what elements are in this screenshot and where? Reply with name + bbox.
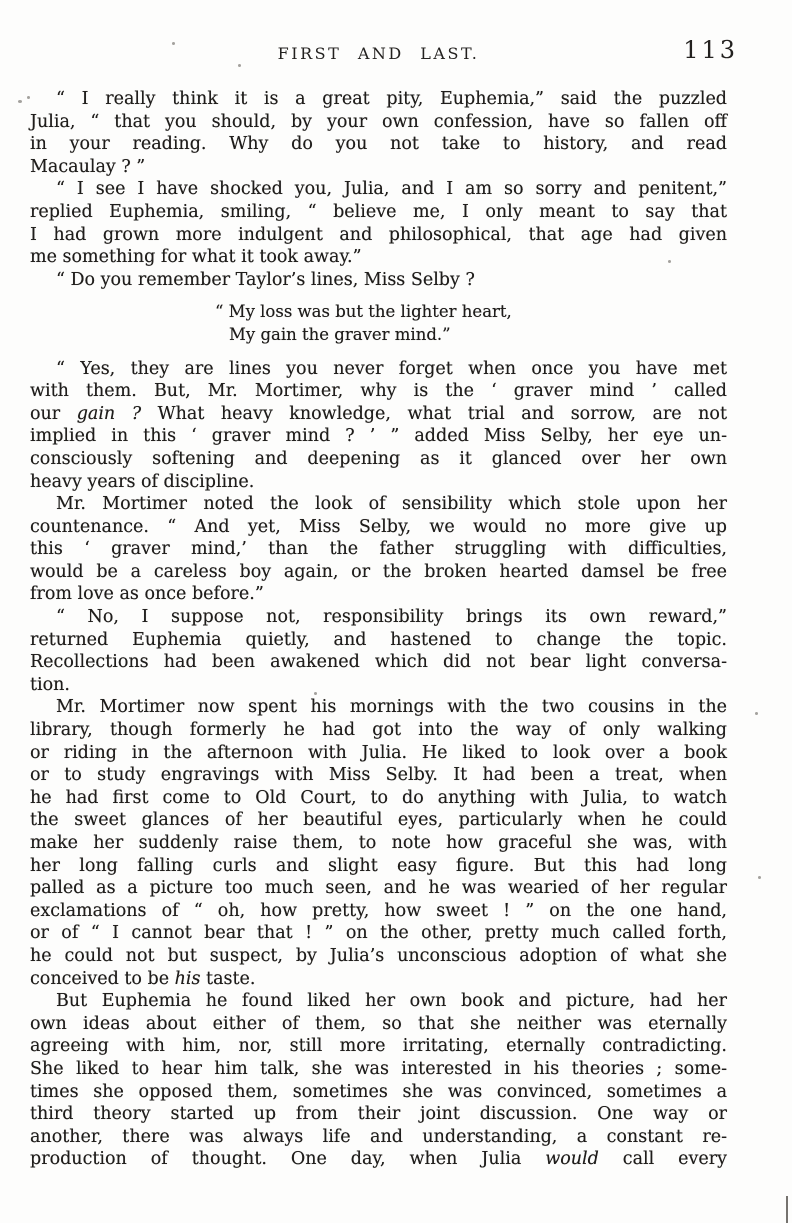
text-line: She liked to hear him talk, she was inte… bbox=[30, 1058, 727, 1081]
text-line: times she opposed them, sometimes she wa… bbox=[30, 1081, 727, 1104]
text-block: “ I really think it is a great pity, Eup… bbox=[30, 88, 727, 1171]
text-line: agreeing with him, nor, still more irrit… bbox=[30, 1035, 727, 1058]
text-line: consciously softening and deepening as i… bbox=[30, 448, 727, 471]
text-line: this ‘ graver mind,’ than the father str… bbox=[30, 538, 727, 561]
paragraph: “ No, I suppose not, responsibility brin… bbox=[30, 606, 727, 696]
text-line: our gain ? What heavy knowledge, what tr… bbox=[30, 403, 727, 426]
text-line: the sweet glances of her beautiful eyes,… bbox=[30, 809, 727, 832]
running-header-title: FIRST AND LAST. bbox=[30, 44, 727, 63]
scan-edge-mark bbox=[786, 1196, 788, 1223]
paragraph: Mr. Mortimer noted the look of sensibili… bbox=[30, 493, 727, 606]
text-line: Recollections had been awakened which di… bbox=[30, 651, 727, 674]
text-line: implied in this ‘ graver mind ? ’ ” adde… bbox=[30, 425, 727, 448]
text-line: or riding in the afternoon with Julia. H… bbox=[30, 742, 727, 765]
scan-speck bbox=[668, 260, 671, 263]
paragraph: “ I see I have shocked you, Julia, and I… bbox=[30, 178, 727, 268]
verse-quote: “ My loss was but the lighter heart,My g… bbox=[215, 301, 727, 346]
text-line: replied Euphemia, smiling, “ believe me,… bbox=[30, 201, 727, 224]
text-line: third theory started up from their joint… bbox=[30, 1103, 727, 1126]
text-line: would be a careless boy again, or the br… bbox=[30, 561, 727, 584]
scan-speck bbox=[27, 96, 30, 99]
paragraph: But Euphemia he found liked her own book… bbox=[30, 990, 727, 1171]
text-line: production of thought. One day, when Jul… bbox=[30, 1148, 727, 1171]
text-line: But Euphemia he found liked her own book… bbox=[30, 990, 727, 1013]
text-line: “ I really think it is a great pity, Eup… bbox=[30, 88, 727, 111]
page-number: 113 bbox=[683, 36, 738, 64]
text-line: returned Euphemia quietly, and hastened … bbox=[30, 629, 727, 652]
scan-speck bbox=[238, 64, 241, 67]
text-line: her long falling curls and slight easy f… bbox=[30, 855, 727, 878]
text-line: “ My loss was but the lighter heart, bbox=[215, 301, 727, 324]
text-line: make her suddenly raise them, to note ho… bbox=[30, 832, 727, 855]
text-line: “ I see I have shocked you, Julia, and I… bbox=[30, 178, 727, 201]
scan-speck bbox=[18, 100, 22, 103]
text-line: “ Do you remember Taylor’s lines, Miss S… bbox=[30, 269, 727, 292]
paragraph: “ I really think it is a great pity, Eup… bbox=[30, 88, 727, 178]
text-line: or to study engravings with Miss Selby. … bbox=[30, 764, 727, 787]
text-line: tion. bbox=[30, 674, 727, 697]
scan-speck bbox=[172, 42, 175, 45]
text-line: Mr. Mortimer noted the look of sensibili… bbox=[30, 493, 727, 516]
text-line: “ No, I suppose not, responsibility brin… bbox=[30, 606, 727, 629]
text-line: countenance. “ And yet, Miss Selby, we w… bbox=[30, 516, 727, 539]
text-line: with them. But, Mr. Mortimer, why is the… bbox=[30, 380, 727, 403]
text-line: from love as once before.” bbox=[30, 583, 727, 606]
text-line: exclamations of “ oh, how pretty, how sw… bbox=[30, 900, 727, 923]
scan-speck bbox=[314, 692, 317, 695]
text-line: library, though formerly he had got into… bbox=[30, 719, 727, 742]
text-line: Macaulay ? ” bbox=[30, 156, 727, 179]
text-line: conceived to be his taste. bbox=[30, 968, 727, 991]
paragraph: “ Do you remember Taylor’s lines, Miss S… bbox=[30, 269, 727, 292]
paragraph: “ Yes, they are lines you never forget w… bbox=[30, 358, 727, 494]
scan-speck bbox=[755, 712, 758, 715]
text-line: he had first come to Old Court, to do an… bbox=[30, 787, 727, 810]
text-line: in your reading. Why do you not take to … bbox=[30, 133, 727, 156]
text-line: My gain the graver mind.” bbox=[229, 324, 727, 347]
text-line: heavy years of discipline. bbox=[30, 471, 727, 494]
text-line: me something for what it took away.” bbox=[30, 246, 727, 269]
text-line: own ideas about either of them, so that … bbox=[30, 1013, 727, 1036]
text-line: or of “ I cannot bear that ! ” on the ot… bbox=[30, 922, 727, 945]
scan-speck bbox=[758, 876, 761, 879]
text-line: Julia, “ that you should, by your own co… bbox=[30, 111, 727, 134]
text-line: another, there was always life and under… bbox=[30, 1126, 727, 1149]
text-line: “ Yes, they are lines you never forget w… bbox=[30, 358, 727, 381]
paragraph: Mr. Mortimer now spent his mornings with… bbox=[30, 696, 727, 990]
text-line: he could not but suspect, by Julia’s unc… bbox=[30, 945, 727, 968]
text-line: palled as a picture too much seen, and h… bbox=[30, 877, 727, 900]
book-page: FIRST AND LAST. 113 “ I really think it … bbox=[0, 0, 792, 1223]
text-line: Mr. Mortimer now spent his mornings with… bbox=[30, 696, 727, 719]
text-line: I had grown more indulgent and philosoph… bbox=[30, 224, 727, 247]
